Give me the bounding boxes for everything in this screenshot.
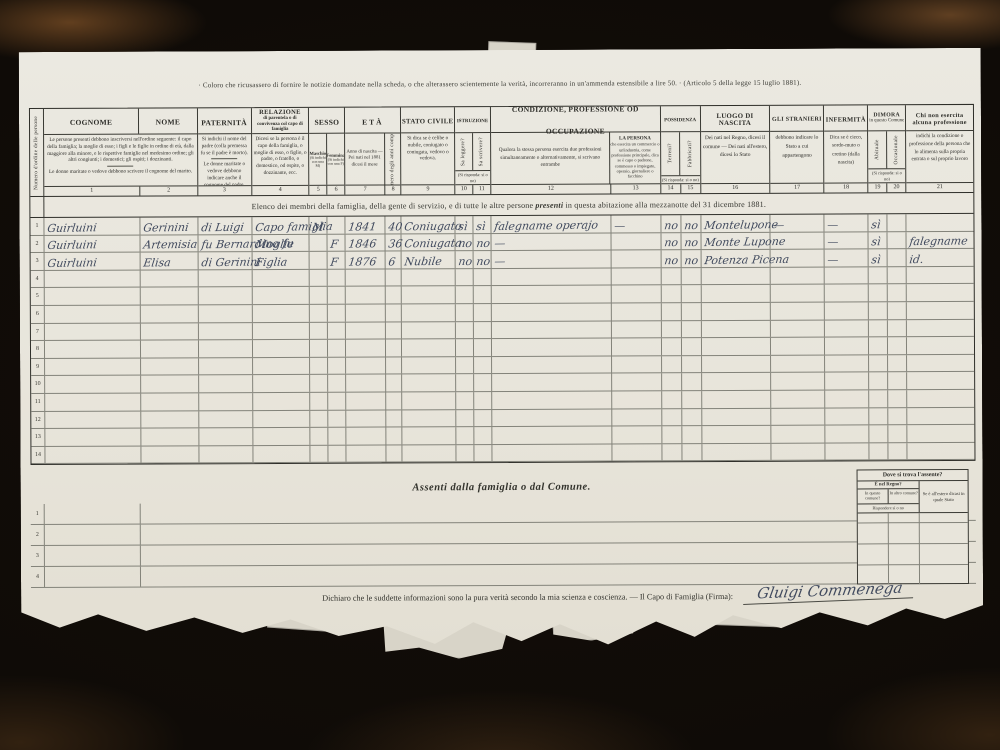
table-cell	[45, 429, 141, 446]
table-cell	[492, 356, 612, 373]
row-number: 4	[31, 567, 45, 587]
table-cell	[662, 444, 682, 461]
table-cell	[702, 338, 772, 355]
row-number: 3	[31, 546, 45, 566]
table-cell	[253, 428, 311, 445]
table-cell	[888, 249, 907, 266]
column-number: 4	[252, 186, 309, 195]
table-cell	[253, 410, 311, 427]
table-cell	[612, 286, 662, 303]
table-cell	[45, 306, 141, 323]
table-cell	[869, 302, 888, 319]
table-cell	[907, 337, 974, 354]
table-cell	[492, 268, 612, 285]
column-number: 11	[473, 185, 490, 194]
table-cell	[456, 286, 474, 303]
column-header-luogo-nascita: LUOGO DI NASCITA Dei nati nel Regno, dic…	[701, 106, 771, 193]
handwritten-entry: Guirluini	[47, 238, 98, 252]
table-cell	[662, 321, 682, 338]
table-cell	[456, 392, 474, 409]
table-cell	[701, 268, 771, 285]
handwritten-entry: Guirluini	[46, 221, 97, 235]
table-cell	[701, 285, 771, 302]
handwritten-entry: sì	[871, 253, 882, 266]
column-number: 16	[701, 184, 770, 193]
table-cell	[612, 444, 662, 461]
table-cell	[456, 339, 474, 356]
handwritten-entry: —	[773, 218, 786, 231]
table-cell	[329, 393, 347, 410]
row-number: 10	[31, 376, 45, 393]
table-cell	[253, 393, 311, 410]
table-cell	[772, 391, 826, 408]
table-cell	[310, 358, 328, 375]
column-number: 20	[887, 183, 905, 192]
table-cell	[456, 322, 474, 339]
table-cell	[907, 267, 974, 284]
handwritten-entry: di Luigi	[200, 220, 244, 234]
table-cell: Elisa	[140, 253, 198, 270]
table-cell	[45, 341, 141, 358]
table-cell	[386, 287, 402, 304]
column-number: 6	[328, 186, 345, 195]
table-cell	[662, 356, 682, 373]
row-number: 6	[31, 306, 45, 323]
table-cell	[908, 443, 975, 460]
column-header-nome: NOME	[139, 108, 197, 133]
table-cell	[199, 323, 253, 340]
absent-box-title: Dove si trova l'assente?	[858, 470, 968, 481]
table-cell	[402, 375, 456, 392]
row-number: 1	[31, 504, 45, 524]
table-cell	[387, 445, 403, 462]
table-cell	[888, 337, 907, 354]
table-cell	[888, 355, 907, 372]
table-cell	[888, 408, 907, 425]
table-cell	[253, 358, 311, 375]
table-cell: no	[681, 233, 701, 250]
handwritten-entry: —	[494, 255, 507, 268]
column-number: 15	[681, 184, 700, 193]
table-cell: Guirluini	[45, 253, 141, 270]
column-group-cognome-nome: COGNOME NOME Le persone presenti debbono…	[44, 108, 198, 196]
table-cell	[612, 338, 662, 355]
table-cell	[328, 340, 346, 357]
handwritten-entry: sì	[871, 235, 882, 248]
table-cell	[310, 270, 328, 287]
table-cell	[682, 373, 702, 390]
table-cell: sì	[474, 216, 492, 233]
table-cell	[682, 409, 702, 426]
table-cell	[662, 426, 682, 443]
table-cell	[310, 340, 328, 357]
table-cell	[45, 394, 141, 411]
table-cell	[662, 374, 682, 391]
table-cell	[329, 410, 347, 427]
table-cell	[310, 305, 328, 322]
table-cell	[402, 339, 456, 356]
table-cell	[772, 408, 826, 425]
table-cell	[199, 428, 253, 445]
table-cell	[141, 393, 199, 410]
table-cell	[825, 373, 869, 390]
table-cell: di Gerinini	[198, 252, 252, 269]
table-cell	[888, 302, 907, 319]
table-cell	[771, 355, 825, 372]
table-cell: sì	[869, 214, 888, 231]
table-cell	[386, 357, 402, 374]
table-cell	[198, 305, 252, 322]
handwritten-entry: sì	[458, 220, 469, 233]
table-cell	[474, 339, 492, 356]
table-cell	[402, 287, 456, 304]
table-cell	[386, 322, 402, 339]
table-cell	[347, 392, 387, 409]
column-header-infermita: INFERMITÀ Dica se è cieco, sordo-muto o …	[824, 105, 868, 192]
table-cell: 1846	[346, 234, 386, 251]
table-cell	[456, 427, 474, 444]
column-number: 10	[455, 185, 473, 194]
table-cell: F	[328, 234, 346, 251]
table-cell	[826, 390, 870, 407]
table-cell: no	[661, 215, 681, 232]
handwritten-entry: Figlia	[254, 255, 287, 268]
column-group-eta: ETÀ Anno di nascita — Pei nati nel 1881 …	[345, 107, 401, 194]
table-cell	[475, 445, 493, 462]
table-cell	[386, 269, 402, 286]
table-cell	[492, 427, 612, 444]
table-cell	[252, 270, 310, 287]
table-cell: Nubile	[402, 251, 456, 268]
table-cell	[403, 427, 457, 444]
handwritten-entry: no	[683, 236, 698, 249]
table-cell	[45, 446, 141, 463]
table-cell	[45, 358, 141, 375]
column-header-chi-non-esercita: Chi non esercita alcuna professione indi…	[906, 105, 973, 192]
table-cell	[346, 322, 386, 339]
table-cell	[612, 321, 662, 338]
table-cell	[869, 320, 888, 337]
column-number: 2	[140, 186, 197, 195]
table-cell	[346, 287, 386, 304]
table-cell: 1841	[346, 217, 386, 234]
table-cell	[311, 428, 329, 445]
column-number: 19	[869, 183, 888, 192]
table-cell	[329, 445, 347, 462]
table-cell: Capo famiglia	[252, 217, 310, 234]
table-cell	[907, 319, 974, 336]
table-cell	[870, 408, 889, 425]
table-cell	[888, 390, 907, 407]
table-cell	[825, 302, 869, 319]
table-cell	[402, 322, 456, 339]
table-cell	[328, 322, 346, 339]
table-cell: fu Bernardino fu	[198, 235, 252, 252]
table-cell	[456, 410, 474, 427]
assenti-table: 1234	[31, 500, 976, 588]
handwritten-entry: Potenza Picena	[703, 253, 789, 267]
table-cell	[907, 372, 974, 389]
row-number: 12	[31, 412, 45, 429]
absent-box-altro-comune: In altro comune?	[889, 489, 919, 503]
handwritten-entry: Coniugato	[404, 219, 463, 233]
table-cell: 1876	[346, 252, 386, 269]
table-cell	[45, 323, 141, 340]
table-cell	[869, 267, 888, 284]
table-cell	[456, 269, 474, 286]
table-cell	[474, 410, 492, 427]
handwritten-entry: —	[494, 237, 507, 250]
table-cell	[45, 376, 141, 393]
table-cell	[611, 233, 661, 250]
table-cell	[611, 268, 661, 285]
table-cell	[888, 232, 907, 249]
table-cell	[347, 428, 387, 445]
table-cell: no	[456, 234, 474, 251]
table-cell	[702, 391, 772, 408]
table-cell	[141, 323, 199, 340]
handwritten-entry: Nubile	[404, 255, 443, 269]
table-cell	[889, 425, 908, 442]
table-cell	[141, 305, 199, 322]
table-cell	[386, 375, 402, 392]
column-number: 7	[346, 186, 386, 195]
table-cell	[403, 445, 457, 462]
handwritten-entry: F	[330, 238, 339, 251]
handwritten-entry: no	[458, 255, 473, 268]
table-cell	[682, 338, 702, 355]
table-cell	[199, 358, 253, 375]
table-cell	[682, 391, 702, 408]
table-cell	[888, 320, 907, 337]
handwritten-entry: 36	[388, 237, 404, 250]
table-cell: no	[661, 233, 681, 250]
table-cell	[45, 567, 141, 587]
handwritten-entry: F	[330, 255, 339, 268]
table-cell	[492, 339, 612, 356]
row-number: 5	[31, 288, 45, 305]
table-cell	[328, 375, 346, 392]
handwritten-entry: —	[613, 219, 626, 232]
row-number: 14	[31, 447, 45, 464]
row-number: 2	[31, 236, 45, 253]
table-cell	[492, 374, 612, 391]
table-cell	[888, 373, 907, 390]
table-cell	[681, 286, 701, 303]
table-cell	[474, 427, 492, 444]
table-cell	[252, 305, 310, 322]
table-cell: no	[661, 250, 681, 267]
table-cell	[702, 408, 772, 425]
column-header-relazione: RELAZIONE di parentela o di convivenza c…	[251, 108, 309, 195]
table-cell	[888, 214, 907, 231]
table-cell	[662, 409, 682, 426]
table-cell	[474, 357, 492, 374]
handwritten-entry: 1841	[348, 220, 378, 233]
table-cell	[682, 426, 702, 443]
table-cell	[456, 374, 474, 391]
row-number: 9	[31, 359, 45, 376]
table-cell	[141, 542, 976, 566]
absent-box-grid	[858, 513, 968, 584]
table-cell	[402, 392, 456, 409]
table-cell	[612, 374, 662, 391]
column-header-paternita: PATERNITÀ Si indichi il nome del padre (…	[198, 108, 252, 195]
table-cell	[141, 358, 199, 375]
table-cell	[682, 356, 702, 373]
table-cell	[612, 409, 662, 426]
table-cell	[346, 340, 386, 357]
handwritten-entry: 1846	[348, 237, 378, 250]
table-cell	[771, 320, 825, 337]
table-cell	[826, 443, 870, 460]
table-cell: 6	[386, 252, 402, 269]
table-cell: no	[474, 251, 492, 268]
column-group-istruzione: ISTRUZIONE Sa leggere? Sa scrivere? (Si …	[455, 107, 491, 194]
table-cell	[492, 286, 612, 303]
table-cell	[387, 410, 403, 427]
column-group-possidenza: POSSIDENZA Terreni? Fabbricati? (Si risp…	[661, 106, 701, 193]
table-cell	[772, 443, 826, 460]
elenco-subtitle: Elenco dei membri della famiglia, della …	[44, 193, 973, 217]
table-cell: no	[474, 234, 492, 251]
table-cell	[701, 303, 771, 320]
census-sheet: · Coloro che ricusassero di fornire le n…	[19, 48, 984, 648]
table-cell: Coniugato	[402, 216, 456, 233]
table-cell	[869, 337, 888, 354]
column-number: 13	[611, 184, 660, 193]
table-cell: id.	[907, 249, 974, 266]
table-cell	[456, 357, 474, 374]
table-cell	[662, 303, 682, 320]
table-cell	[825, 267, 869, 284]
column-group-sesso: SESSO Maschio (Si indichi con una M) Fem…	[309, 108, 345, 195]
table-cell	[45, 411, 141, 428]
column-header-stato-civile: STATO CIVILE Si dica se è celibe o nubil…	[401, 107, 455, 194]
table-cell	[771, 338, 825, 355]
table-cell	[386, 304, 402, 321]
table-cell	[45, 525, 141, 545]
column-header-stranieri: GLI STRANIERI debbono indicare lo Stato …	[770, 106, 824, 193]
table-cell	[474, 304, 492, 321]
handwritten-entry: no	[663, 219, 678, 232]
table-cell: Monte Lupone	[701, 232, 771, 249]
table-cell	[612, 356, 662, 373]
table-cell	[681, 303, 701, 320]
numero-ordine-label: Numero d'ordine delle persone	[33, 116, 39, 190]
table-cell	[311, 410, 329, 427]
table-cell	[310, 287, 328, 304]
table-cell	[386, 392, 402, 409]
table-cell	[252, 322, 310, 339]
handwritten-entry: —	[827, 236, 840, 249]
handwritten-entry: Coniugata	[404, 237, 463, 251]
column-number: 17	[771, 184, 824, 193]
table-cell: F	[328, 252, 346, 269]
table-cell	[907, 284, 974, 301]
handwritten-entry: di Gerinini	[200, 255, 261, 269]
handwritten-entry: no	[458, 237, 473, 250]
table-cell	[907, 355, 974, 372]
table-cell	[141, 340, 199, 357]
table-cell	[492, 444, 612, 461]
table-cell	[252, 340, 310, 357]
handwritten-entry: 40	[388, 220, 404, 233]
table-cell	[772, 426, 826, 443]
table-cell: —	[825, 232, 869, 249]
row-number: 13	[31, 429, 45, 446]
table-header: Numero d'ordine delle persone COGNOME NO…	[30, 105, 973, 197]
absent-box-regno: È nel Regno?	[858, 481, 919, 489]
table-cell: Coniugata	[402, 234, 456, 251]
table-cell: —	[492, 251, 612, 268]
handwritten-entry: no	[476, 237, 491, 250]
table-row: 14	[31, 443, 974, 465]
table-cell	[907, 214, 974, 231]
column-header-cognome: COGNOME	[44, 109, 139, 134]
table-cell	[199, 446, 253, 463]
handwritten-entry: Elisa	[142, 256, 171, 269]
table-cell	[771, 285, 825, 302]
table-cell	[869, 355, 888, 372]
table-cell	[682, 444, 702, 461]
table-cell	[474, 269, 492, 286]
table-cell	[870, 425, 889, 442]
row-number: 2	[31, 525, 45, 545]
handwritten-entry: no	[476, 255, 491, 268]
table-cell: no	[681, 215, 701, 232]
column-number: 8	[386, 185, 401, 194]
handwritten-entry: —	[827, 253, 840, 266]
absent-box-nota: Rispondere sì o no	[858, 503, 919, 512]
table-cell	[328, 357, 346, 374]
column-number: 14	[661, 184, 681, 193]
table-cell: 40	[386, 216, 402, 233]
table-cell: sì	[869, 232, 888, 249]
table-cell	[387, 428, 403, 445]
table-cell	[662, 338, 682, 355]
handwritten-entry: —	[827, 218, 840, 231]
table-cell	[141, 288, 199, 305]
table-cell	[662, 391, 682, 408]
table-cell	[888, 285, 907, 302]
table-cell	[474, 286, 492, 303]
table-cell	[346, 304, 386, 321]
table-cell	[311, 393, 329, 410]
table-cell	[474, 374, 492, 391]
table-cell	[612, 391, 662, 408]
table-cell	[141, 521, 976, 545]
table-cell	[347, 410, 387, 427]
table-cell	[310, 322, 328, 339]
handwritten-entry: falegname	[909, 235, 969, 249]
absent-box-questo-comune: In questo comune?	[858, 489, 889, 503]
table-cell	[403, 410, 457, 427]
row-number: 1	[30, 218, 44, 235]
table-cell	[199, 340, 253, 357]
table-cell	[45, 270, 141, 287]
handwritten-entry: falegname operajo	[494, 218, 599, 233]
table-cell	[907, 302, 974, 319]
handwritten-entry: no	[683, 219, 698, 232]
table-cell: falegname operajo	[491, 216, 611, 233]
column-number: 1	[44, 187, 140, 196]
table-cell	[889, 443, 908, 460]
handwritten-entry: 6	[388, 255, 397, 268]
handwritten-entry: M	[312, 220, 325, 233]
table-cell	[456, 304, 474, 321]
table-cell	[825, 285, 869, 302]
